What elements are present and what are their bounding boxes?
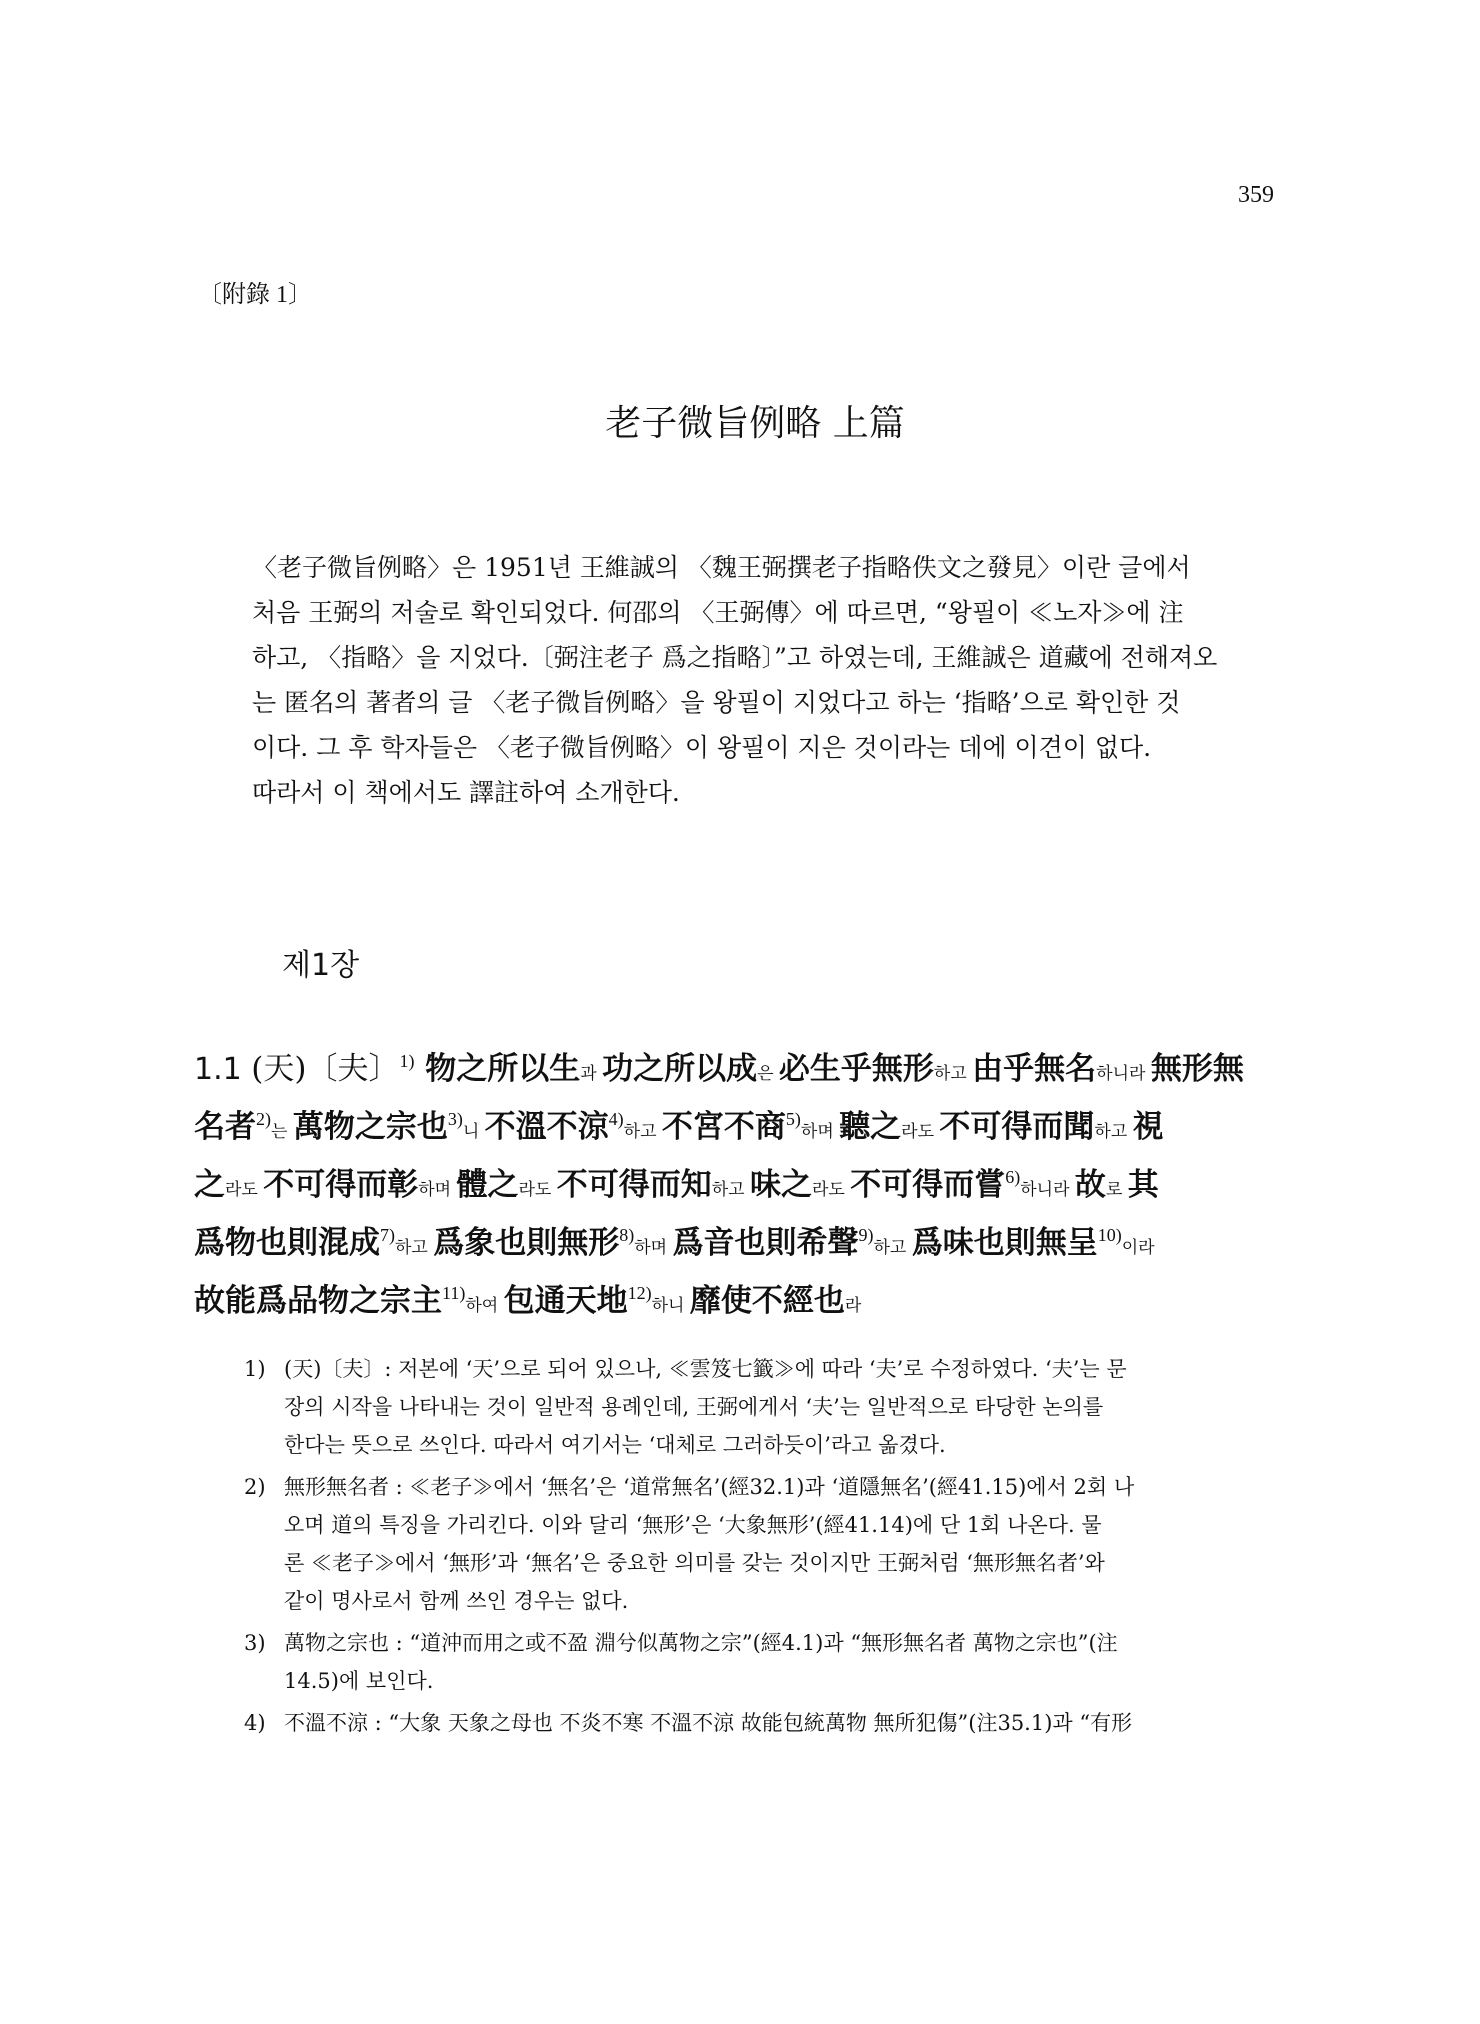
appendix-label: 〔附錄 1〕	[198, 274, 312, 309]
footnote-number: 2)	[244, 1468, 266, 1506]
footnote-item: 2)無形無名者 : ≪老子≫에서 ‘無名’은 ‘道常無名’(經32.1)과 ‘道…	[244, 1468, 1304, 1620]
footnote-line: 한다는 뜻으로 쓰인다. 따라서 여기서는 ‘대체로 그러하듯이’라고 옮겼다.	[284, 1426, 1304, 1464]
korean-particle: 는	[271, 1122, 293, 1142]
korean-particle: 은	[757, 1064, 779, 1084]
korean-particle: 하고	[624, 1122, 662, 1142]
classical-chinese-text: 故	[1075, 1167, 1106, 1203]
footnote-line: 같이 명사로서 함께 쓰인 경우는 없다.	[284, 1582, 1304, 1620]
classical-chinese-text: 靡使不經也	[690, 1283, 845, 1319]
intro-line: 따라서 이 책에서도 譯註하여 소개한다.	[252, 770, 1302, 815]
korean-particle: 라도	[225, 1180, 263, 1200]
footnote-reference[interactable]: 8)	[619, 1225, 634, 1245]
classical-chinese-text: 不可得而彰	[263, 1167, 418, 1203]
footnote-line: 오며 道의 특징을 가리킨다. 이와 달리 ‘無形’은 ‘大象無形’(經41.1…	[284, 1506, 1304, 1544]
korean-particle: 하니라	[1020, 1180, 1075, 1200]
footnote-reference[interactable]: 2)	[256, 1109, 271, 1129]
footnote-line: (天)〔夫〕: 저본에 ‘天’으로 되어 있으나, ≪雲笈七籤≫에 따라 ‘夫’…	[284, 1350, 1304, 1388]
korean-particle: 하고	[395, 1238, 433, 1258]
classical-chinese-text: 由乎無名	[972, 1051, 1096, 1087]
classical-chinese-text: 故能爲品物之宗主	[194, 1283, 442, 1319]
korean-particle: 하고	[874, 1238, 912, 1258]
classical-chinese-text: 物之所以生	[414, 1051, 580, 1087]
footnote-number: 4)	[244, 1704, 266, 1742]
classical-chinese-text: (天)〔夫〕	[251, 1051, 399, 1087]
footnotes-list: 1)(天)〔夫〕: 저본에 ‘天’으로 되어 있으나, ≪雲笈七籤≫에 따라 ‘…	[244, 1350, 1304, 1746]
korean-particle: 라도	[519, 1180, 557, 1200]
classical-chinese-text: 爲音也則希聲	[673, 1225, 859, 1261]
korean-particle: 하며	[801, 1122, 839, 1142]
classical-chinese-text: 功之所以成	[602, 1051, 757, 1087]
korean-particle: 하며	[634, 1238, 672, 1258]
classical-chinese-text: 不宮不商	[662, 1109, 786, 1145]
classical-chinese-text: 不溫不涼	[485, 1109, 609, 1145]
footnote-line: 론 ≪老子≫에서 ‘無形’과 ‘無名’은 중요한 의미를 갖는 것이지만 王弼처…	[284, 1544, 1304, 1582]
footnote-reference[interactable]: 9)	[859, 1225, 874, 1245]
footnote-item: 4)不溫不涼 : “大象 天象之母也 不炎不寒 不溫不涼 故能包統萬物 無所犯傷…	[244, 1704, 1304, 1742]
korean-particle: 이라	[1122, 1238, 1155, 1258]
page-title: 老子微旨例略 上篇	[0, 395, 1480, 446]
korean-particle: 하고	[934, 1064, 972, 1084]
korean-particle: 하여	[465, 1296, 503, 1316]
main-text-line: 故能爲品物之宗主11)하여 包通天地12)하니 靡使不經也라	[194, 1272, 1304, 1330]
korean-particle: 하며	[418, 1180, 456, 1200]
intro-line: 〈老子微旨例略〉은 1951년 王維誠의 〈魏王弼撰老子指略佚文之發見〉이란 글…	[252, 545, 1302, 590]
classical-chinese-text: 爲象也則無形	[433, 1225, 619, 1261]
footnote-number: 1)	[244, 1350, 266, 1388]
main-classical-text: 1.1 (天)〔夫〕1) 物之所以生과 功之所以成은 必生乎無形하고 由乎無名하…	[194, 1040, 1304, 1330]
classical-chinese-text: 爲物也則混成	[194, 1225, 380, 1261]
intro-line: 이다. 그 후 학자들은 〈老子微旨例略〉이 왕필이 지은 것이라는 데에 이견…	[252, 725, 1302, 770]
footnote-line: 14.5)에 보인다.	[284, 1662, 1304, 1700]
korean-particle: 라	[845, 1296, 861, 1316]
classical-chinese-text: 體之	[457, 1167, 519, 1203]
classical-chinese-text: 無形無	[1151, 1051, 1244, 1087]
footnote-reference[interactable]: 6)	[1005, 1167, 1020, 1187]
footnote-number: 3)	[244, 1624, 266, 1662]
intro-line: 는 匿名의 著者의 글 〈老子微旨例略〉을 왕필이 지었다고 하는 ‘指略’으로…	[252, 680, 1302, 725]
korean-particle: 과	[580, 1064, 602, 1084]
classical-chinese-text: 不可得而聞	[939, 1109, 1094, 1145]
footnote-reference[interactable]: 12)	[628, 1283, 652, 1303]
footnote-item: 3) 萬物之宗也 : “道沖而用之或不盈 淵兮似萬物之宗”(經4.1)과 “無形…	[244, 1624, 1304, 1700]
korean-particle: 하고	[1094, 1122, 1132, 1142]
intro-line: 처음 王弼의 저술로 확인되었다. 何邵의 〈王弼傳〉에 따르면, “왕필이 ≪…	[252, 590, 1302, 635]
classical-chinese-text: 不可得而知	[557, 1167, 712, 1203]
classical-chinese-text: 其	[1128, 1167, 1159, 1203]
footnote-line: 萬物之宗也 : “道沖而用之或不盈 淵兮似萬物之宗”(經4.1)과 “無形無名者…	[284, 1624, 1304, 1662]
footnote-line: 장의 시작을 나타내는 것이 일반적 용례인데, 王弼에게서 ‘夫’는 일반적으…	[284, 1388, 1304, 1426]
main-text-line: 爲物也則混成7)하고 爲象也則無形8)하며 爲音也則希聲9)하고 爲味也則無呈1…	[194, 1214, 1304, 1272]
korean-particle: 하니	[652, 1296, 690, 1316]
section-number: 1.1	[194, 1052, 251, 1087]
classical-chinese-text: 必生乎無形	[779, 1051, 934, 1087]
main-text-line: 名者2)는 萬物之宗也3)니 不溫不涼4)하고 不宮不商5)하며 聽之라도 不可…	[194, 1098, 1304, 1156]
classical-chinese-text: 味之	[750, 1167, 812, 1203]
classical-chinese-text: 萬物之宗也	[293, 1109, 448, 1145]
classical-chinese-text: 之	[194, 1167, 225, 1203]
korean-particle: 라도	[901, 1122, 939, 1142]
footnote-reference[interactable]: 3)	[448, 1109, 463, 1129]
page-number: 359	[1238, 182, 1274, 209]
intro-paragraph: 〈老子微旨例略〉은 1951년 王維誠의 〈魏王弼撰老子指略佚文之發見〉이란 글…	[252, 545, 1302, 815]
korean-particle: 라도	[812, 1180, 850, 1200]
korean-particle: 하니라	[1096, 1064, 1151, 1084]
main-text-line: 1.1 (天)〔夫〕1) 物之所以生과 功之所以成은 必生乎無形하고 由乎無名하…	[194, 1040, 1304, 1098]
korean-particle: 로	[1106, 1180, 1128, 1200]
intro-line: 하고, 〈指略〉을 지었다.〔弼注老子 爲之指略〕”고 하였는데, 王維誠은 道…	[252, 635, 1302, 680]
classical-chinese-text: 視	[1133, 1109, 1164, 1145]
main-text-line: 之라도 不可得而彰하며 體之라도 不可得而知하고 味之라도 不可得而嘗6)하니라…	[194, 1156, 1304, 1214]
footnote-reference[interactable]: 11)	[442, 1283, 465, 1303]
chapter-heading: 제1장	[282, 940, 359, 984]
classical-chinese-text: 不可得而嘗	[850, 1167, 1005, 1203]
korean-particle: 하고	[712, 1180, 750, 1200]
footnote-item: 1)(天)〔夫〕: 저본에 ‘天’으로 되어 있으나, ≪雲笈七籤≫에 따라 ‘…	[244, 1350, 1304, 1464]
korean-particle: 니	[463, 1122, 485, 1142]
footnote-reference[interactable]: 1)	[399, 1051, 414, 1071]
footnote-reference[interactable]: 10)	[1098, 1225, 1122, 1245]
footnote-line: 不溫不涼 : “大象 天象之母也 不炎不寒 不溫不涼 故能包統萬物 無所犯傷”(…	[284, 1704, 1304, 1742]
classical-chinese-text: 聽之	[839, 1109, 901, 1145]
footnote-line: 無形無名者 : ≪老子≫에서 ‘無名’은 ‘道常無名’(經32.1)과 ‘道隱無…	[284, 1468, 1304, 1506]
classical-chinese-text: 爲味也則無呈	[912, 1225, 1098, 1261]
footnote-reference[interactable]: 4)	[609, 1109, 624, 1129]
classical-chinese-text: 名者	[194, 1109, 256, 1145]
footnote-reference[interactable]: 7)	[380, 1225, 395, 1245]
classical-chinese-text: 包通天地	[504, 1283, 628, 1319]
footnote-reference[interactable]: 5)	[786, 1109, 801, 1129]
